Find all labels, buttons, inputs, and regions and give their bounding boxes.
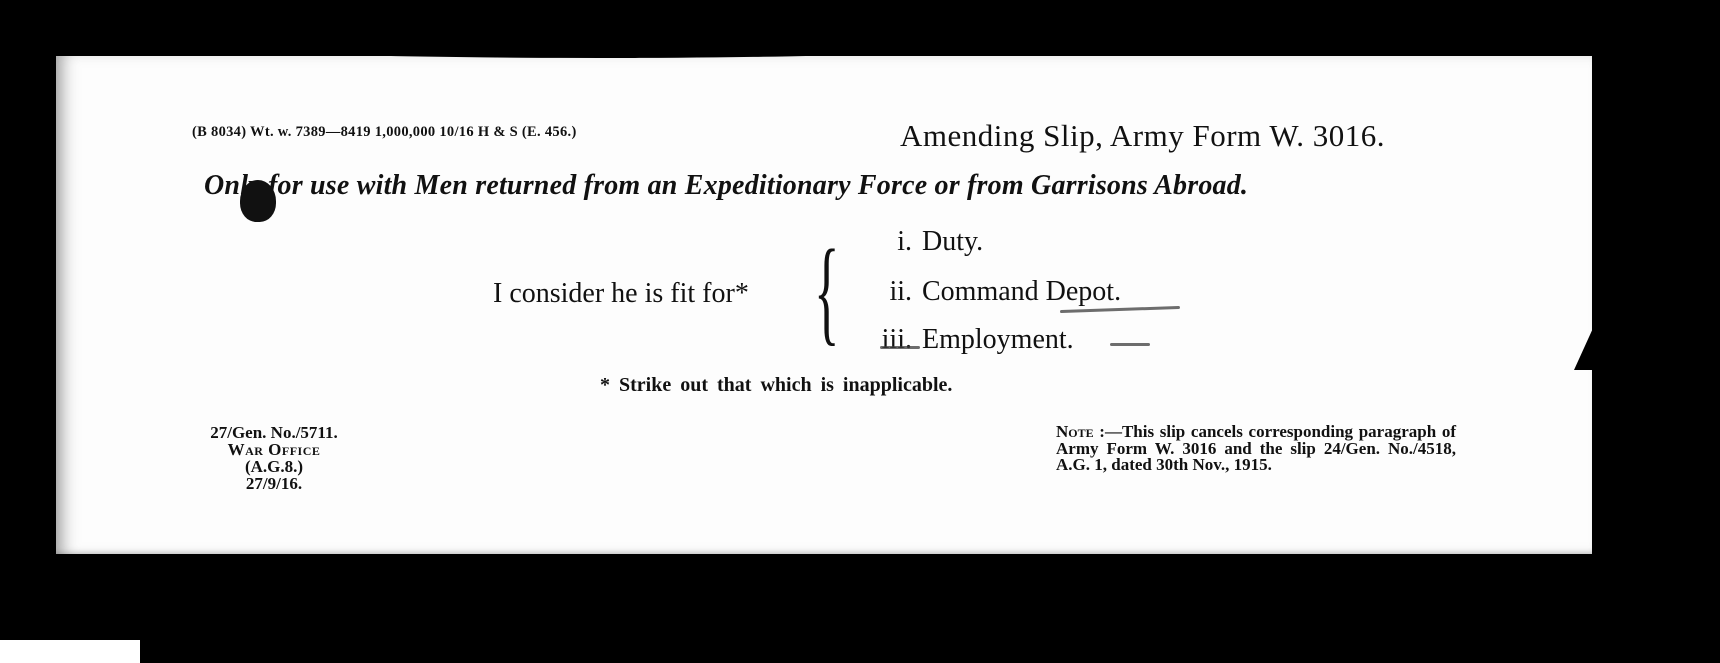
option-employment: iii.Employment. <box>860 324 1074 356</box>
form-title: Amending Slip, Army Form W. 3016. <box>900 118 1385 154</box>
option-label: Command Depot. <box>922 276 1121 307</box>
footnote: * Strike out that which is inapplicable. <box>600 374 952 397</box>
scan-edge <box>0 640 140 663</box>
paper-tear-right <box>1574 326 1594 370</box>
issuing-office: War Office <box>184 441 364 458</box>
department-code: (A.G.8.) <box>184 458 364 475</box>
option-label: Duty. <box>922 226 983 257</box>
brace-icon: { <box>814 232 839 350</box>
fitness-statement: I consider he is fit for* <box>493 278 749 310</box>
option-number: i. <box>860 226 912 258</box>
option-label: Employment. <box>922 324 1074 355</box>
pencil-strike-mark <box>880 346 920 349</box>
reference-number: 27/Gen. No./5711. <box>184 424 364 441</box>
ink-blot <box>240 180 276 222</box>
option-duty: i.Duty. <box>860 226 983 258</box>
reference-block: 27/Gen. No./5711. War Office (A.G.8.) 27… <box>184 424 364 492</box>
option-number: ii. <box>860 276 912 308</box>
option-command-depot: ii.Command Depot. <box>860 276 1121 308</box>
option-number: iii. <box>860 324 912 356</box>
pencil-strike-mark <box>1110 343 1150 346</box>
note-block: Note :—This slip cancels corresponding p… <box>1056 424 1456 474</box>
form-subtitle: Only for use with Men returned from an E… <box>204 170 1248 202</box>
print-code: (B 8034) Wt. w. 7389—8419 1,000,000 10/1… <box>192 124 577 141</box>
issue-date: 27/9/16. <box>184 475 364 492</box>
